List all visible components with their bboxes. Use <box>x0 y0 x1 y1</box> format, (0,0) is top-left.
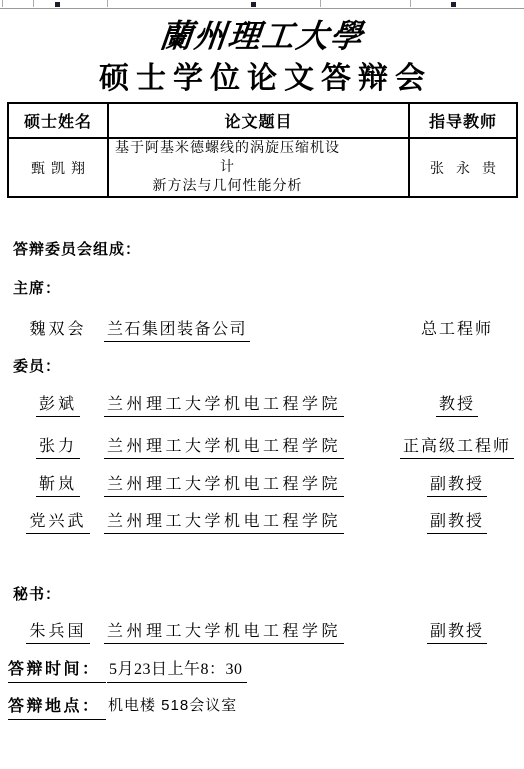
page-title: 硕士学位论文答辩会 <box>0 60 524 98</box>
clipped-table-row-remnant <box>0 0 524 9</box>
advisor-cell: 张永贵 <box>409 138 517 197</box>
clipped-text-fragment <box>55 2 60 7</box>
defense-time-label: 答辩时间： <box>8 656 106 683</box>
secretary-label: 秘书： <box>13 583 61 604</box>
table-row: 甄凯翔 基于阿基米德螺线的涡旋压缩机设计 新方法与几何性能分析 张永贵 <box>8 138 517 197</box>
member-name: 彭斌 <box>17 391 99 417</box>
member-row: 张力 兰州理工大学机电工程学院 正高级工程师 <box>0 433 524 457</box>
member-row: 靳岚 兰州理工大学机电工程学院 副教授 <box>0 471 524 495</box>
secretary-row: 朱兵国 兰州理工大学机电工程学院 副教授 <box>0 618 524 642</box>
defense-location-value: 机电楼 518会议室 <box>108 694 237 715</box>
member-title: 教授 <box>368 391 524 417</box>
grid-line <box>33 0 34 7</box>
secretary-name: 朱兵国 <box>17 618 99 644</box>
header-thesis-title: 论文题目 <box>108 103 409 138</box>
clipped-text-fragment <box>251 2 256 7</box>
document-page: 蘭州理工大學 硕士学位论文答辩会 硕士姓名 论文题目 指导教师 甄凯翔 基于阿基… <box>0 0 524 769</box>
chair-title: 总工程师 <box>368 316 524 339</box>
member-name: 张力 <box>17 433 99 459</box>
student-name-cell: 甄凯翔 <box>8 138 108 197</box>
defense-location-row: 答辩地点： 机电楼 518会议室 <box>0 693 524 719</box>
chair-row: 魏双会 兰石集团装备公司 总工程师 <box>0 316 524 340</box>
member-affiliation: 兰州理工大学机电工程学院 <box>104 433 344 459</box>
member-affiliation: 兰州理工大学机电工程学院 <box>104 391 344 417</box>
member-title: 正高级工程师 <box>368 433 524 459</box>
secretary-title: 副教授 <box>368 618 524 644</box>
header-student-name: 硕士姓名 <box>8 103 108 138</box>
defense-time-row: 答辩时间： 5月23日上午8：30 <box>0 656 524 682</box>
grid-line <box>320 0 321 7</box>
chair-name: 魏双会 <box>17 316 99 339</box>
member-affiliation: 兰州理工大学机电工程学院 <box>104 471 344 497</box>
header-advisor: 指导教师 <box>409 103 517 138</box>
members-label: 委员： <box>13 355 61 376</box>
university-calligraphy-logo: 蘭州理工大學 <box>0 12 524 60</box>
grid-line <box>107 0 108 7</box>
defense-location-label: 答辩地点： <box>8 693 106 720</box>
member-title: 副教授 <box>368 471 524 497</box>
grid-line <box>410 0 411 7</box>
member-row: 彭斌 兰州理工大学机电工程学院 教授 <box>0 391 524 415</box>
member-name: 党兴武 <box>17 508 99 534</box>
member-affiliation: 兰州理工大学机电工程学院 <box>104 508 344 534</box>
thesis-title-cell: 基于阿基米德螺线的涡旋压缩机设计 新方法与几何性能分析 <box>108 138 409 197</box>
chair-label: 主席： <box>13 277 61 298</box>
clipped-text-fragment <box>451 2 456 7</box>
grid-line <box>2 0 3 7</box>
member-row: 党兴武 兰州理工大学机电工程学院 副教授 <box>0 508 524 532</box>
committee-section-label: 答辩委员会组成： <box>13 238 141 259</box>
member-title: 副教授 <box>368 508 524 534</box>
thesis-title-line2: 新方法与几何性能分析 <box>109 177 346 196</box>
table-header-row: 硕士姓名 论文题目 指导教师 <box>8 103 517 138</box>
chair-affiliation: 兰石集团装备公司 <box>104 316 250 342</box>
thesis-title-line1: 基于阿基米德螺线的涡旋压缩机设计 <box>109 139 346 177</box>
member-name: 靳岚 <box>17 471 99 497</box>
defense-info-table: 硕士姓名 论文题目 指导教师 甄凯翔 基于阿基米德螺线的涡旋压缩机设计 新方法与… <box>7 102 516 198</box>
secretary-affiliation: 兰州理工大学机电工程学院 <box>104 618 344 644</box>
defense-time-value: 5月23日上午8：30 <box>107 656 247 683</box>
